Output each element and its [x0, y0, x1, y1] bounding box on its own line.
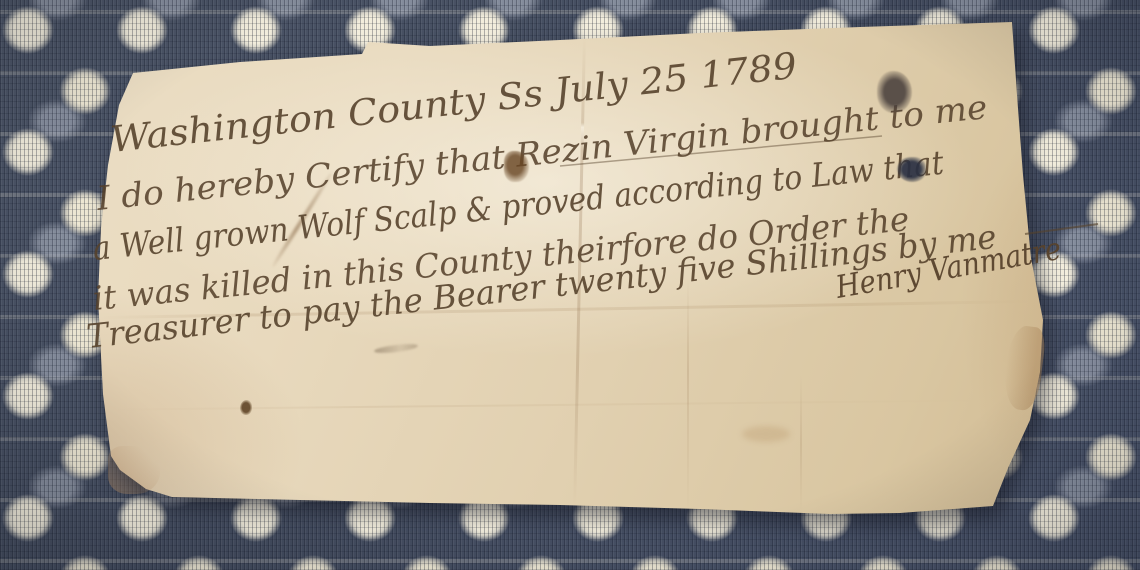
photo-vignette [0, 0, 1140, 570]
photograph: Washington County Ss July 25 1789 I do h… [0, 0, 1140, 570]
